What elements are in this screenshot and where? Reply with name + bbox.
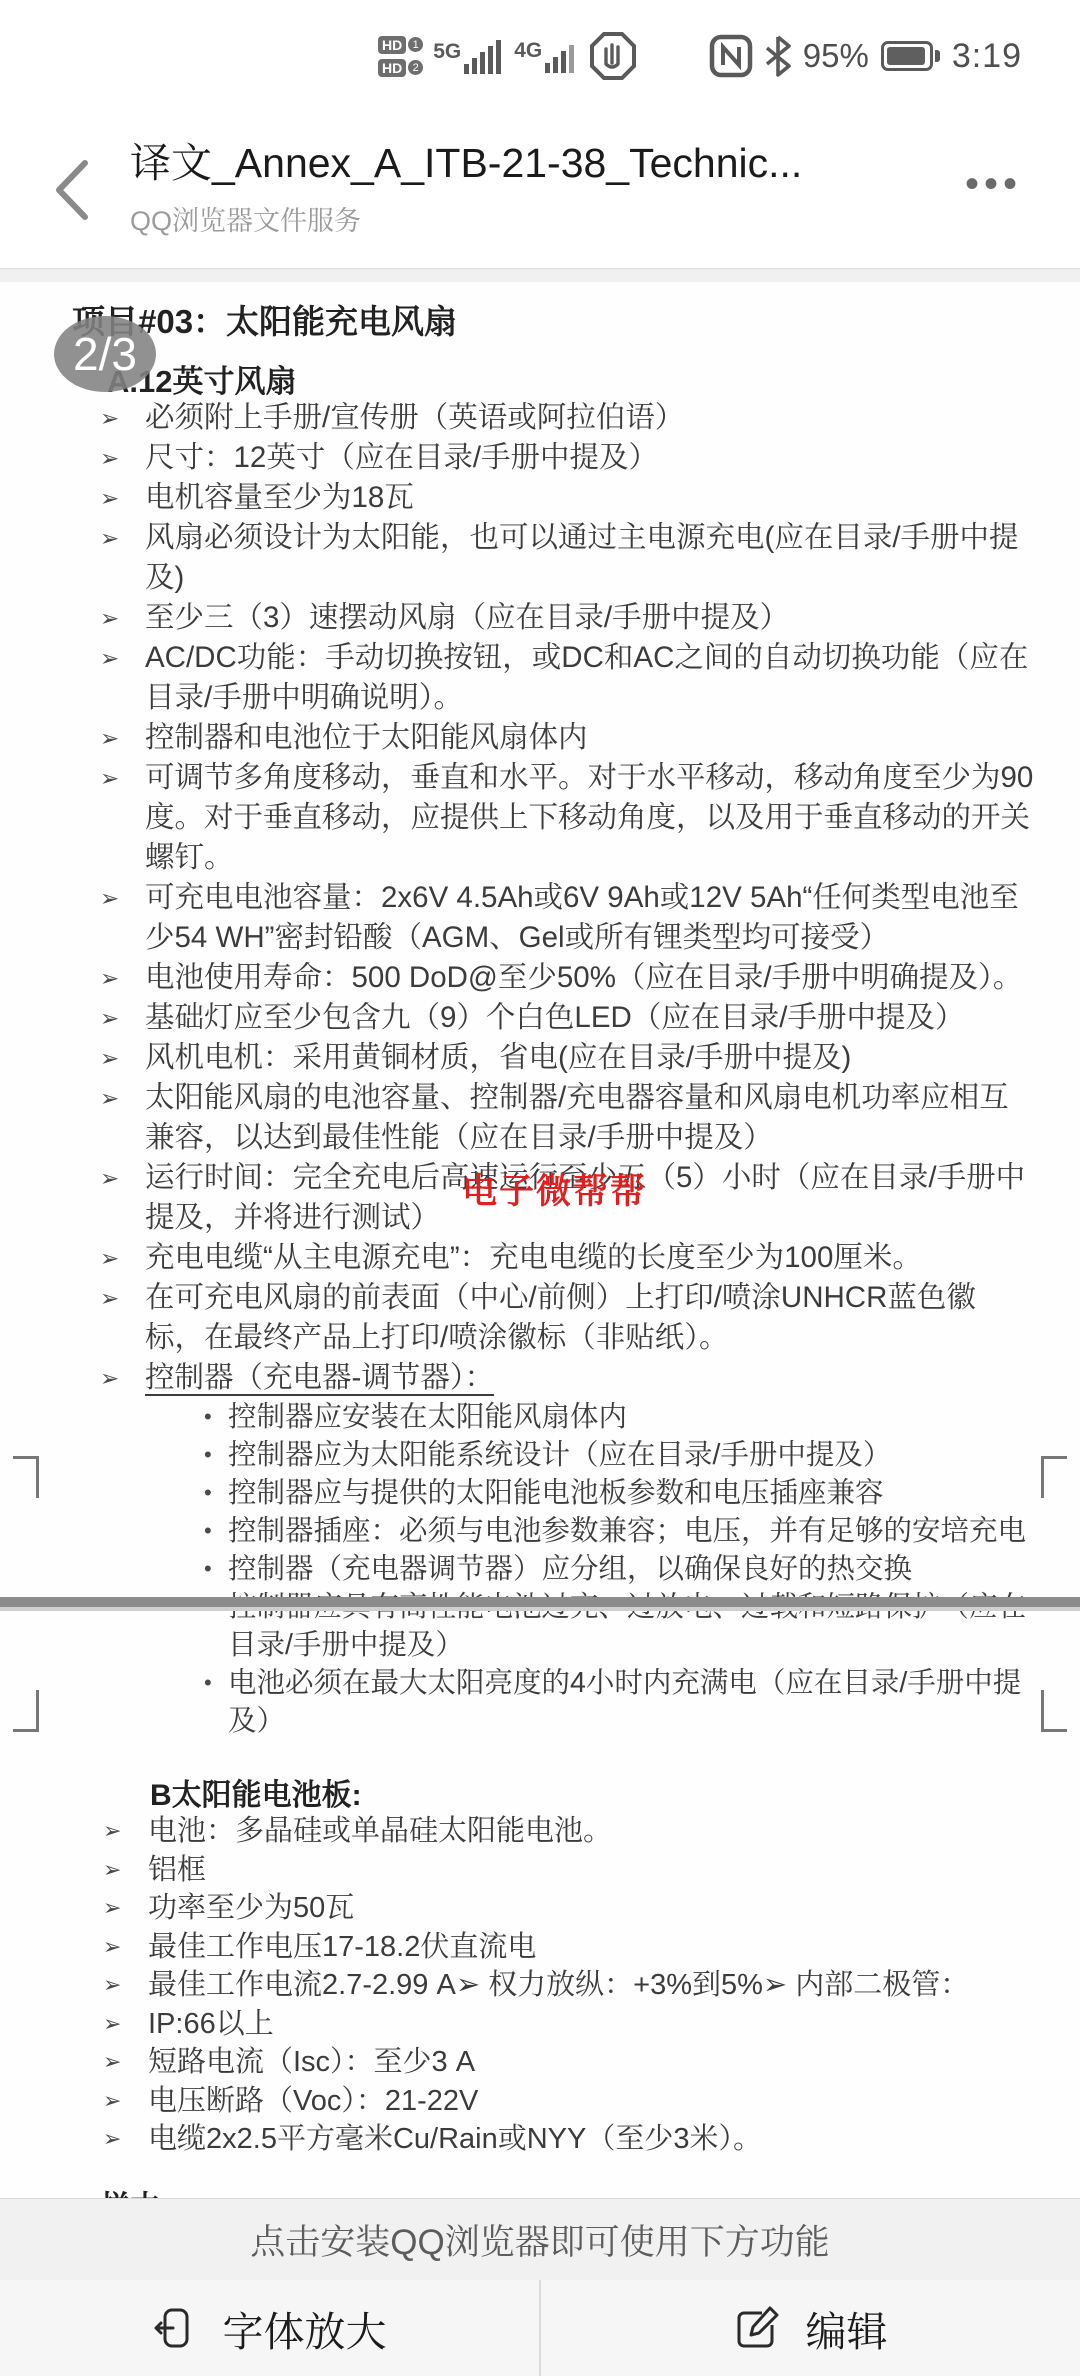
battery-percent: 95%: [803, 37, 869, 75]
bluetooth-icon: [765, 35, 791, 77]
back-chevron-icon: [55, 159, 89, 221]
bullet-item: 风机电机：采用黄铜材质，省电(应在目录/手册中提及): [0, 1038, 1034, 1078]
page2-corner-mark-left: [13, 1456, 39, 1498]
sub-bullet-item: 控制器应安装在太阳能风扇体内: [0, 1398, 1034, 1436]
font-size-icon: [153, 2306, 197, 2350]
sub-bullet-item: 控制器插座：必须与电池参数兼容；电压，并有足够的安培充电: [0, 1512, 1034, 1550]
document-viewport[interactable]: 项目#03：太阳能充电风扇 2/3 A.12英寸风扇 必须附上手册/宣传册（英语…: [0, 282, 1080, 2198]
controller-heading: 控制器（充电器-调节器）：: [0, 1358, 1034, 1398]
more-menu-button[interactable]: •••: [955, 154, 1032, 214]
bullet-item: 电压断路（Voc）：21-22V: [0, 2082, 1034, 2121]
clock-time: 3:19: [952, 37, 1022, 76]
controller-sub-list: 控制器应安装在太阳能风扇体内控制器应为太阳能系统设计（应在目录/手册中提及）控制…: [0, 1398, 1034, 1740]
page3-corner-mark-right: [1041, 1690, 1067, 1732]
header-divider: [0, 268, 1080, 282]
doc-subsection-b-title: B太阳能电池板:: [150, 1770, 362, 1814]
bullet-item: AC/DC功能：手动切换按钮，或DC和AC之间的自动切换功能（应在目录/手册中明…: [0, 638, 1034, 718]
signal-bars-icon-1: [464, 38, 504, 74]
page-indicator-badge: 2/3: [54, 316, 156, 392]
section-b-bullet-list: 电池：多晶硅或单晶硅太阳能电池。铝框功率至少为50瓦最佳工作电压17-18.2伏…: [0, 1812, 1034, 2159]
bullet-item: 风扇必须设计为太阳能，也可以通过主电源充电(应在目录/手册中提及): [0, 518, 1034, 598]
header-titles: 译文_Annex_A_ITB-21-38_Technic... QQ浏览器文件服…: [130, 130, 940, 238]
edit-pencil-icon: [734, 2305, 780, 2351]
bullet-item: 电缆2x2.5平方毫米Cu/Rain或NYY（至少3米）。: [0, 2120, 1034, 2159]
hd1-icon: HD1: [378, 36, 423, 54]
font-enlarge-button[interactable]: 字体放大: [0, 2280, 539, 2376]
page-separator-bar: [0, 1597, 1080, 1611]
page3-corner-mark-left: [13, 1690, 39, 1732]
bullet-item: 电池：多晶硅或单晶硅太阳能电池。: [0, 1812, 1034, 1851]
hd2-icon: HD2: [378, 59, 423, 77]
sub-bullet-item: 控制器应与提供的太阳能电池板参数和电压插座兼容: [0, 1474, 1034, 1512]
app-header: 译文_Annex_A_ITB-21-38_Technic... QQ浏览器文件服…: [0, 112, 1080, 268]
font-enlarge-label: 字体放大: [223, 2299, 387, 2358]
watermark-text: 电子微帮帮: [462, 1164, 647, 1214]
bullet-item: 可充电电池容量：2x6V 4.5Ah或6V 9Ah或12V 5Ah“任何类型电池…: [0, 878, 1034, 958]
file-source: QQ浏览器文件服务: [130, 199, 940, 238]
status-right-cluster: 95% 3:19: [709, 34, 1022, 78]
edit-label: 编辑: [806, 2299, 888, 2358]
bullet-item: 控制器和电池位于太阳能风扇体内: [0, 718, 1034, 758]
sim2-signal: 4G: [514, 40, 579, 73]
bullet-item: 铝框: [0, 1851, 1034, 1890]
bullet-item: IP:66以上: [0, 2005, 1034, 2044]
clipped-bottom-text: 样本: [100, 2182, 160, 2198]
signal-bars-icon-2: [545, 41, 579, 73]
bullet-item: 短路电流（Isc）：至少3 A: [0, 2043, 1034, 2082]
bullet-item: 尺寸：12英寸（应在目录/手册中提及）: [0, 438, 1034, 478]
bullet-item: 充电电缆“从主电源充电”：充电电缆的长度至少为100厘米。: [0, 1238, 1034, 1278]
phone-screen: HD1 HD2 5G 4G: [0, 0, 1080, 2376]
file-title: 译文_Annex_A_ITB-21-38_Technic...: [130, 130, 940, 189]
hd-volte-icons: HD1 HD2: [378, 36, 423, 77]
sub-bullet-item: 控制器（充电器调节器）应分组，以确保良好的热交换: [0, 1550, 1034, 1588]
bullet-item: 功率至少为50瓦: [0, 1889, 1034, 1928]
bullet-item: 太阳能风扇的电池容量、控制器/充电器容量和风扇电机功率应相互兼容，以达到最佳性能…: [0, 1078, 1034, 1158]
bullet-item: 在可充电风扇的前表面（中心/前侧）上打印/喷涂UNHCR蓝色徽标，在最终产品上打…: [0, 1278, 1034, 1358]
hand-octagon-icon: [589, 31, 637, 81]
bottom-action-bar: 字体放大 编辑: [0, 2280, 1080, 2376]
bullet-item: 最佳工作电压17-18.2伏直流电: [0, 1928, 1034, 1967]
nfc-icon: [709, 34, 753, 78]
sim1-signal: 5G: [433, 38, 504, 74]
section-a-bullet-list: 必须附上手册/宣传册（英语或阿拉伯语）尺寸：12英寸（应在目录/手册中提及）电机…: [0, 398, 1034, 1740]
bullet-item: 可调节多角度移动，垂直和水平。对于水平移动，移动角度至少为90度。对于垂直移动，…: [0, 758, 1034, 878]
page2-corner-mark-right: [1041, 1456, 1067, 1498]
bullet-item: 电池使用寿命：500 DoD@至少50%（应在目录/手册中明确提及）。: [0, 958, 1034, 998]
bullet-item: 最佳工作电流2.7-2.99 A➢ 权力放纵：+3%到5%➢ 内部二极管：: [0, 1966, 1034, 2005]
battery-icon: [881, 41, 940, 71]
status-left-cluster: HD1 HD2 5G 4G: [378, 31, 637, 81]
sub-bullet-item: 电池必须在最大太阳亮度的4小时内充满电（应在目录/手册中提及）: [0, 1664, 1034, 1740]
install-banner[interactable]: 点击安装QQ浏览器即可使用下方功能: [0, 2198, 1080, 2280]
edit-button[interactable]: 编辑: [539, 2280, 1080, 2376]
status-bar: HD1 HD2 5G 4G: [0, 0, 1080, 112]
bullet-item: 必须附上手册/宣传册（英语或阿拉伯语）: [0, 398, 1034, 438]
sub-bullet-item: 控制器应为太阳能系统设计（应在目录/手册中提及）: [0, 1436, 1034, 1474]
bullet-item: 电机容量至少为18瓦: [0, 478, 1034, 518]
bullet-item: 基础灯应至少包含九（9）个白色LED（应在目录/手册中提及）: [0, 998, 1034, 1038]
bullet-item: 至少三（3）速摆动风扇（应在目录/手册中提及）: [0, 598, 1034, 638]
install-tip-text: 点击安装QQ浏览器即可使用下方功能: [250, 2215, 829, 2265]
back-button[interactable]: [42, 150, 102, 230]
